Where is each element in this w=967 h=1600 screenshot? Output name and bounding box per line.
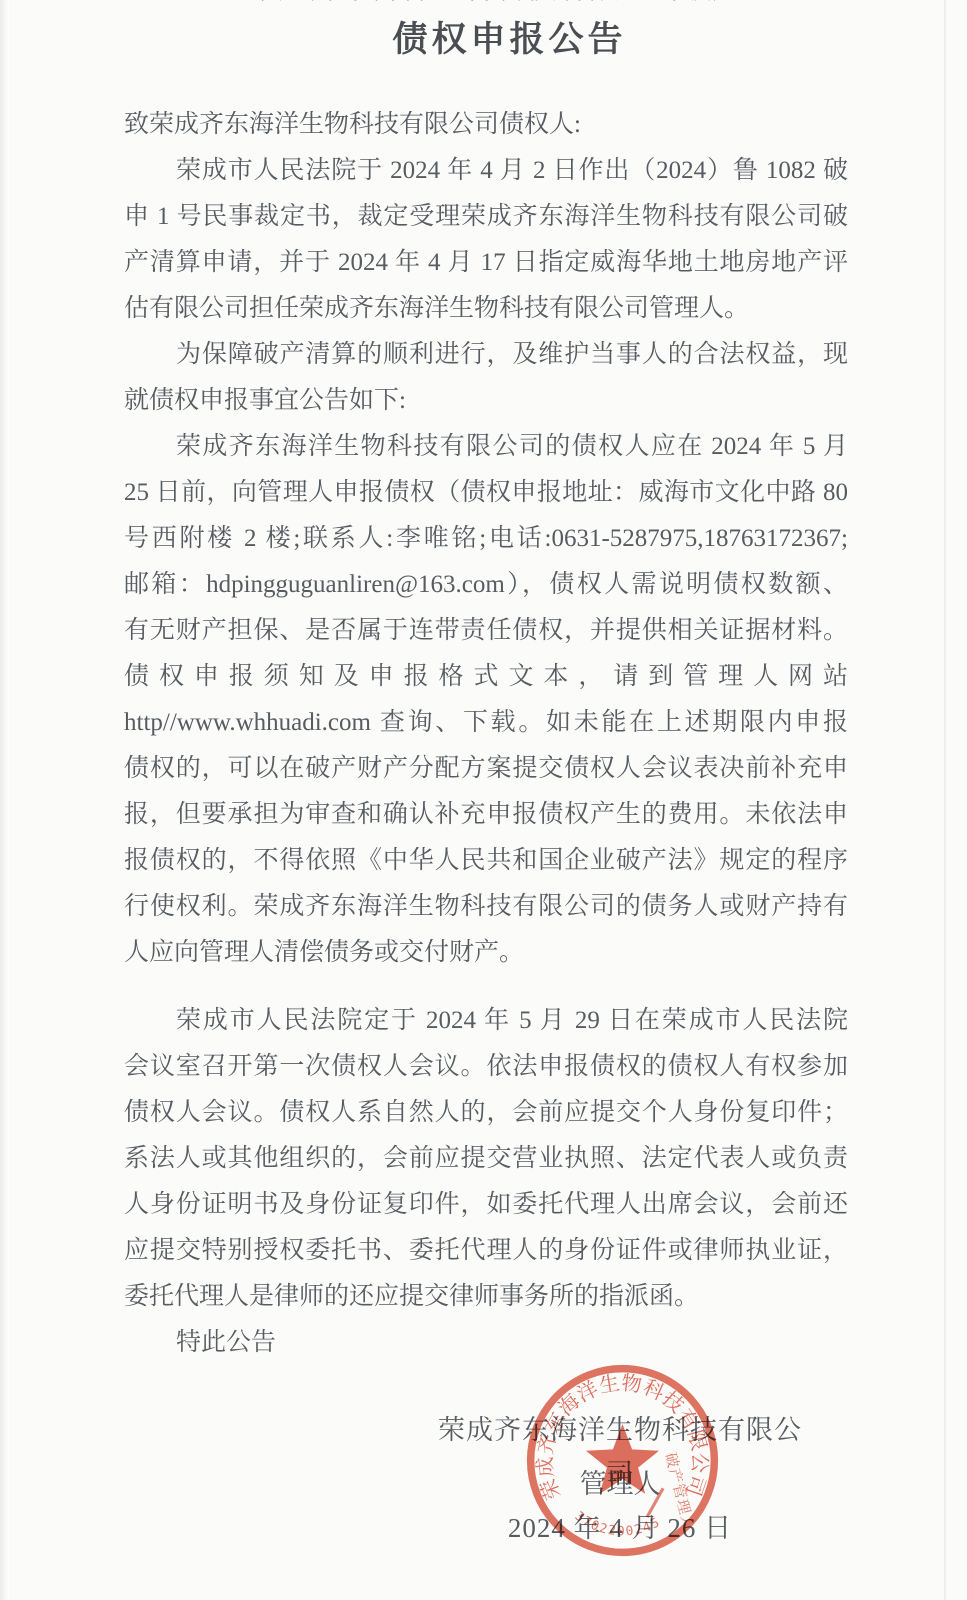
scan-edge-left xyxy=(0,0,9,1600)
body-line: 债权人会议。债权人系自然人的，会前应提交个人身份复印件； xyxy=(124,1090,848,1136)
body-line: 估有限公司担任荣成齐东海洋生物科技有限公司管理人。 xyxy=(124,286,848,332)
body-line: 25 日前，向管理人申报债权（债权申报地址：威海市文化中路 80 xyxy=(124,470,848,516)
body-line: 系法人或其他组织的，会前应提交营业执照、法定代表人或负责 xyxy=(124,1136,848,1182)
body-line: 有无财产担保、是否属于连带责任债权，并提供相关证据材料。 xyxy=(124,608,848,654)
scan-edge-right xyxy=(944,0,946,1600)
seal-star xyxy=(586,1424,659,1494)
body-text: 致荣成齐东海洋生物科技有限公司债权人:荣成市人民法院于 2024 年 4 月 2… xyxy=(124,102,848,1366)
cutoff-top-text: 荣成齐东海洋生物科技有限公司破产 xyxy=(248,0,742,4)
body-line: 报，但要承担为审查和确认补充申报债权产生的费用。未依法申 xyxy=(124,792,848,838)
body-line: 产清算申请，并于 2024 年 4 月 17 日指定威海华地土地房地产评 xyxy=(124,240,848,286)
body-line: 报债权的，不得依照《中华人民共和国企业破产法》规定的程序 xyxy=(124,838,848,884)
cutoff-top-line: 荣成齐东海洋生物科技有限公司破产 xyxy=(248,0,742,12)
body-line: 行使权利。荣成齐东海洋生物科技有限公司的债务人或财产持有 xyxy=(124,884,848,930)
company-seal: 荣成齐东海洋生物科技有限公司 3702200245 破产管理人 xyxy=(505,1343,740,1578)
body-line: 荣成市人民法院于 2024 年 4 月 2 日作出（2024）鲁 1082 破 xyxy=(124,148,848,194)
body-line: 就债权申报事宜公告如下: xyxy=(124,378,848,424)
body-line: 应提交特别授权委托书、委托代理人的身份证件或律师执业证， xyxy=(124,1228,848,1274)
page-title: 债权申报公告 xyxy=(26,12,967,62)
body-line: 人身份证明书及身份证复印件，如委托代理人出席会议，会前还 xyxy=(124,1182,848,1228)
body-line: 委托代理人是律师的还应提交律师事务所的指派函。 xyxy=(124,1274,848,1320)
body-line: http//www.whhuadi.com 查询、下载。如未能在上述期限内申报 xyxy=(124,700,848,746)
body-line: 号西附楼 2 楼;联系人:李唯铭;电话:0631-5287975,1876317… xyxy=(124,516,848,562)
body-line: 邮箱：hdpingguguanliren@163.com），债权人需说明债权数额… xyxy=(124,562,848,608)
body-line: 申 1 号民事裁定书，裁定受理荣成齐东海洋生物科技有限公司破 xyxy=(124,194,848,240)
body-line: 致荣成齐东海洋生物科技有限公司债权人: xyxy=(124,102,848,148)
seal-ink-slash xyxy=(647,1488,663,1517)
body-line: 会议室召开第一次债权人会议。依法申报债权的债权人有权参加 xyxy=(124,1044,848,1090)
body-line: 荣成市人民法院定于 2024 年 5 月 29 日在荣成市人民法院 xyxy=(124,998,848,1044)
body-line: 荣成齐东海洋生物科技有限公司的债权人应在 2024 年 5 月 xyxy=(124,424,848,470)
body-line: 人应向管理人清偿债务或交付财产。 xyxy=(124,930,848,976)
document-page: 荣成齐东海洋生物科技有限公司破产 债权申报公告 致荣成齐东海洋生物科技有限公司债… xyxy=(0,0,967,1600)
body-line: 为保障破产清算的顺利进行，及维护当事人的合法权益，现 xyxy=(124,332,848,378)
body-line: 债权的，可以在破产财产分配方案提交债权人会议表决前补充申 xyxy=(124,746,848,792)
body-line: 债权申报须知及申报格式文本，请到管理人网站 xyxy=(124,654,848,700)
